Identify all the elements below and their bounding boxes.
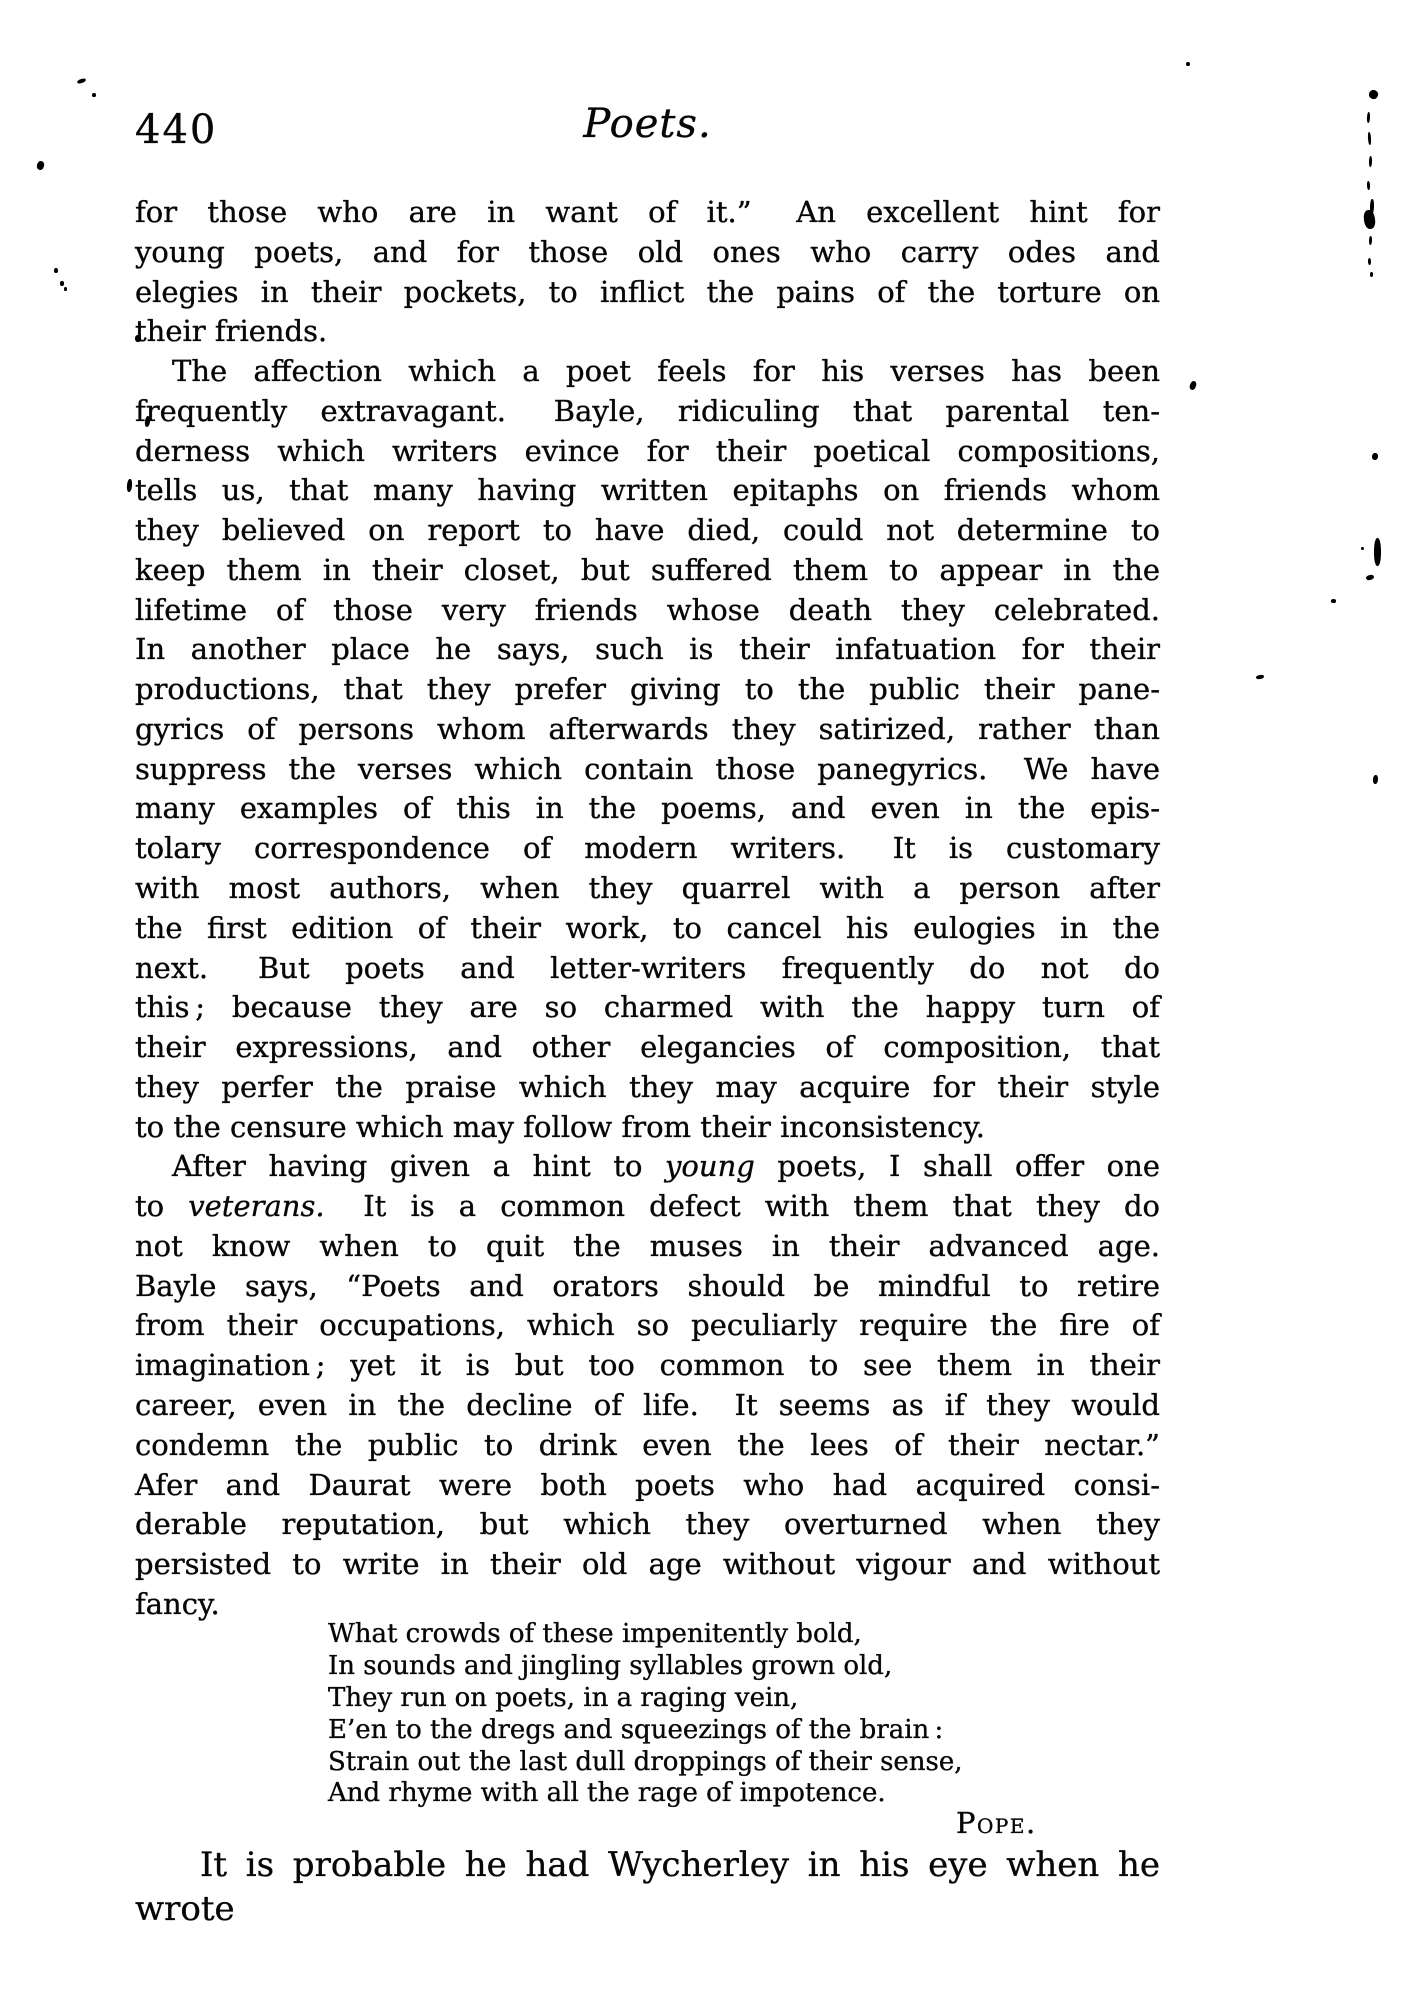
running-title: Poets. xyxy=(583,101,711,147)
ink-speck xyxy=(1367,88,1379,100)
text-line: frequently extravagant. Bayle, ridiculin… xyxy=(135,392,1160,432)
text-line: many examples of this in the poems, and … xyxy=(135,789,1160,829)
text-line: elegies in their pockets, to inflict the… xyxy=(135,273,1160,313)
ink-speck xyxy=(1367,181,1370,190)
text-line: with most authors, when they quarrel wit… xyxy=(135,869,1160,909)
ink-speck xyxy=(92,93,96,97)
text-line: they perfer the praise which they may ac… xyxy=(135,1068,1160,1108)
text-line: from their occupations, which so peculia… xyxy=(135,1306,1160,1346)
ink-speck xyxy=(1368,132,1372,145)
ink-speck xyxy=(1361,547,1364,550)
text-line: derness which writers evince for their p… xyxy=(135,432,1160,472)
text-line: imagination ; yet it is but too common t… xyxy=(135,1346,1160,1386)
text-line: the first edition of their work, to canc… xyxy=(135,909,1160,949)
ink-speck xyxy=(135,335,141,342)
ink-speck xyxy=(1367,112,1371,123)
ink-speck xyxy=(1363,209,1377,229)
book-page: 440 Poets. for those who are in want of … xyxy=(0,0,1413,2016)
ink-speck xyxy=(1365,574,1374,581)
text-line: to veterans. It is a common defect with … xyxy=(135,1187,1160,1227)
ink-speck xyxy=(1331,599,1336,603)
text-line: derable reputation, but which they overt… xyxy=(135,1505,1160,1545)
ink-speck xyxy=(1189,380,1198,391)
body-text: for those who are in want of it.” An exc… xyxy=(135,193,1160,1625)
text-line: After having given a hint to young poets… xyxy=(135,1147,1160,1187)
verse-line: In sounds and jingling syllables grown o… xyxy=(328,1651,963,1683)
ink-speck xyxy=(1369,156,1372,167)
text-line: Afer and Daurat were both poets who had … xyxy=(135,1466,1160,1506)
verse-block: What crowds of these impenitently bold,I… xyxy=(328,1619,963,1810)
text-line: gyrics of persons whom afterwards they s… xyxy=(135,710,1160,750)
text-line: their friends. xyxy=(135,312,1160,352)
text-line: this ; because they are so charmed with … xyxy=(135,988,1160,1028)
ink-speck xyxy=(1369,236,1372,245)
ink-speck xyxy=(64,287,67,291)
text-line: for those who are in want of it.” An exc… xyxy=(135,193,1160,233)
text-line: It is probable he had Wycherley in his e… xyxy=(135,1843,1160,1887)
text-line: to the censure which may follow from the… xyxy=(135,1108,1160,1148)
text-line: suppress the verses which contain those … xyxy=(135,750,1160,790)
text-line: productions, that they prefer giving to … xyxy=(135,670,1160,710)
ink-speck xyxy=(126,479,132,492)
text-line: In another place he says, such is their … xyxy=(135,630,1160,670)
text-line: tolary correspondence of modern writers.… xyxy=(135,829,1160,869)
ink-speck xyxy=(1374,538,1381,566)
closing-paragraph: It is probable he had Wycherley in his e… xyxy=(135,1843,1160,1887)
text-line: not know when to quit the muses in their… xyxy=(135,1227,1160,1267)
ink-speck xyxy=(77,78,87,85)
text-line: lifetime of those very friends whose dea… xyxy=(135,591,1160,631)
verse-line: They run on poets, in a raging vein, xyxy=(328,1683,963,1715)
text-line: they believed on report to have died, co… xyxy=(135,511,1160,551)
text-line: next. But poets and letter-writers frequ… xyxy=(135,949,1160,989)
ink-speck xyxy=(1373,775,1379,784)
ink-speck xyxy=(1368,258,1371,265)
text-line: The affection which a poet feels for his… xyxy=(135,352,1160,392)
running-title-wrap: Poets. xyxy=(135,104,1160,144)
text-line: Bayle says, “Poets and orators should be… xyxy=(135,1267,1160,1307)
ink-speck xyxy=(1371,453,1378,461)
verse-line: And rhyme with all the rage of impotence… xyxy=(328,1778,963,1810)
verse-line: What crowds of these impenitently bold, xyxy=(328,1619,963,1651)
text-line: condemn the public to drink even the lee… xyxy=(135,1426,1160,1466)
text-line: their expressions, and other elegancies … xyxy=(135,1028,1160,1068)
ink-speck xyxy=(1256,674,1265,679)
verse-attribution: Pope. xyxy=(956,1806,1037,1841)
ink-speck xyxy=(60,281,64,286)
ink-speck xyxy=(1186,62,1190,66)
ink-speck xyxy=(54,268,58,273)
text-line: career, even in the decline of life. It … xyxy=(135,1386,1160,1426)
verse-line: Strain out the last dull droppings of th… xyxy=(328,1747,963,1779)
text-line: young poets, and for those old ones who … xyxy=(135,233,1160,273)
text-line: tells us, that many having written epita… xyxy=(135,471,1160,511)
ink-speck xyxy=(36,160,45,171)
ink-speck xyxy=(1370,272,1373,277)
verse-line: E’en to the dregs and squeezings of the … xyxy=(328,1715,963,1747)
text-line: persisted to write in their old age with… xyxy=(135,1545,1160,1585)
text-line: keep them in their closet, but suffered … xyxy=(135,551,1160,591)
